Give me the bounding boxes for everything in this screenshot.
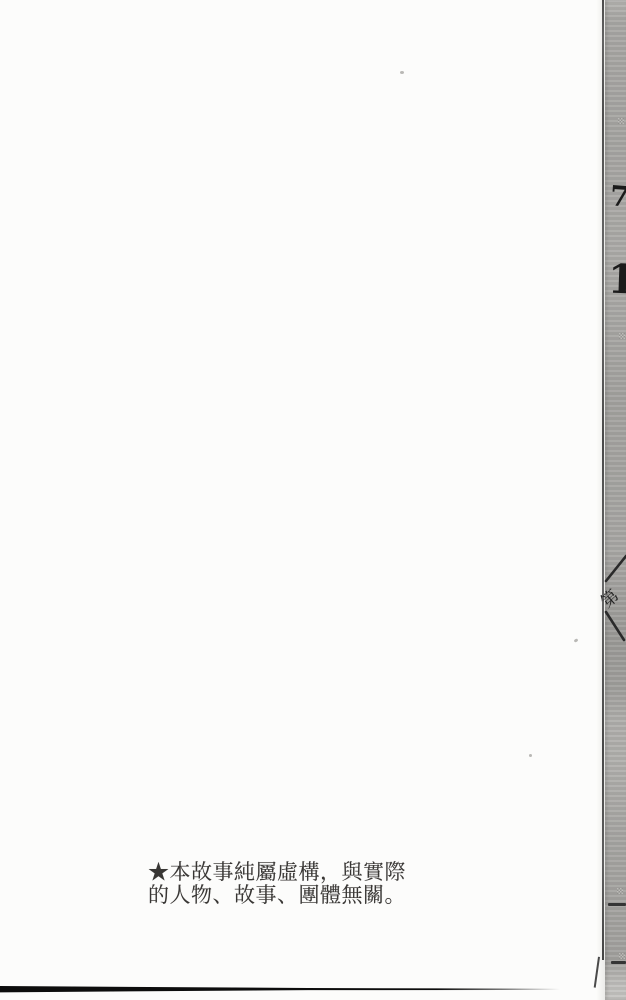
dust-speck xyxy=(400,71,404,74)
spine-bracket-lower-stroke xyxy=(606,612,624,640)
scanned-page: 7 1 第 ★本故事純屬虛構，與實際 的人物、故事、團體無關。 xyxy=(0,0,626,1000)
halftone-speck xyxy=(618,118,624,124)
disclaimer-line-1: ★本故事純屬虛構，與實際 xyxy=(148,861,406,884)
spine-line xyxy=(602,0,604,960)
bottom-rule xyxy=(0,985,560,993)
spine-character: 第 xyxy=(597,586,622,611)
edge-dash xyxy=(608,903,626,906)
disclaimer-line-2: 的人物、故事、團體無關。 xyxy=(148,884,406,907)
scanned-edge-strip xyxy=(605,0,626,1000)
edge-dash xyxy=(611,961,626,964)
halftone-speck xyxy=(619,953,625,959)
fiction-disclaimer: ★本故事純屬虛構，與實際 的人物、故事、團體無關。 xyxy=(148,861,406,907)
spine-bracket-mark: 第 xyxy=(594,550,626,645)
halftone-speck xyxy=(619,333,625,339)
dust-speck xyxy=(574,638,579,643)
halftone-speck xyxy=(617,888,623,894)
edge-partial-digit-bottom: 1 xyxy=(607,260,626,301)
dust-speck xyxy=(529,754,532,757)
edge-partial-digit-top: 7 xyxy=(609,182,626,211)
spine-bracket-upper-stroke xyxy=(606,556,626,581)
